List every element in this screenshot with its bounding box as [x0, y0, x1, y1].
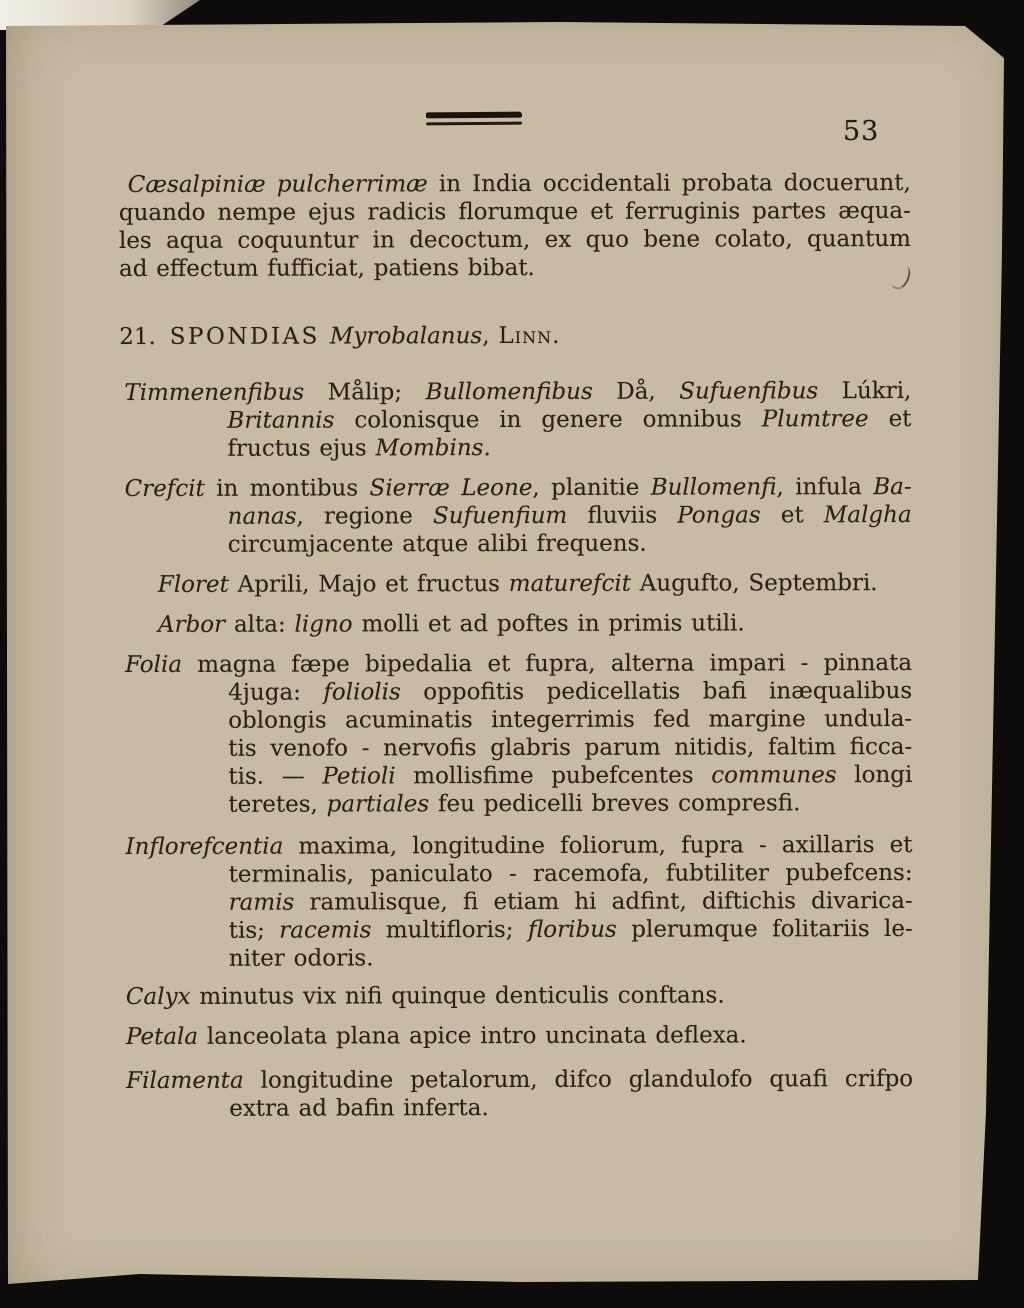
- text-segment: , regione: [296, 503, 433, 529]
- text-segment: oppofitis pedicellatis bafi inæqualibus: [401, 678, 912, 705]
- paragraph-crescit: Crefcit in montibus Sierræ Leone, planit…: [120, 473, 912, 559]
- italic-text-segment: racemis: [279, 917, 371, 943]
- italic-text-segment: ligno: [294, 611, 352, 637]
- text-segment: in India occidentali probata docuerunt,: [428, 170, 911, 197]
- italic-text-segment: Calyx: [126, 984, 191, 1010]
- text-line: les aqua coquuntur in decoctum, ex quo b…: [119, 225, 911, 255]
- text-line: Filamenta longitudine petalorum, difco g…: [121, 1065, 913, 1095]
- text-line: Crefcit in montibus Sierræ Leone, planit…: [120, 473, 912, 503]
- text-segment: fructus ejus: [227, 435, 375, 461]
- text-segment: Målip;: [304, 379, 425, 405]
- text-line: Floret Aprili, Majo et fructus maturefci…: [120, 569, 912, 599]
- text-segment: longitudine petalorum, difco glandulofo …: [244, 1066, 913, 1094]
- text-line: nanas, regione Sufuenfium fluviis Pongas…: [228, 501, 912, 531]
- text-segment: teretes,: [228, 791, 326, 817]
- page-number: 53: [843, 116, 879, 147]
- italic-text-segment: Petala: [126, 1024, 198, 1050]
- text-line: Petala lanceolata plana apice intro unci…: [121, 1021, 913, 1051]
- section-divider-rule: [426, 112, 522, 126]
- text-line: tis; racemis multifloris; floribus pleru…: [229, 915, 913, 945]
- paragraph-calyx: Calyx minutus vix nifi quinque denticuli…: [121, 981, 913, 1011]
- divider-bar-thick: [426, 112, 522, 119]
- text-segment: maxima, longitudine foliorum, fupra - ax…: [283, 832, 912, 860]
- italic-text-segment: floribus: [528, 917, 617, 943]
- italic-text-segment: Bullomenfibus: [426, 379, 593, 405]
- text-line: Britannis colonisque in genere omnibus P…: [227, 405, 911, 435]
- text-segment: tis;: [229, 918, 280, 944]
- scan-background: 53 Cæsalpiniæ pulcherrimæ in India occid…: [0, 0, 1024, 1308]
- text-segment: minutus vix nifi quinque denticulis conf…: [191, 982, 725, 1009]
- text-segment: niter odoris.: [229, 945, 374, 971]
- italic-text-segment: communes: [711, 762, 836, 788]
- text-segment: molli et ad poftes in primis utili.: [353, 610, 745, 637]
- text-segment: , planitie: [532, 475, 650, 501]
- authority-name: Linn.: [498, 323, 560, 349]
- text-segment: feu pedicelli breves compresfi.: [429, 790, 800, 817]
- text-segment: ad effectum fufficiat, patiens bibat.: [119, 255, 535, 282]
- text-segment: quando nempe ejus radicis florumque et f…: [119, 198, 911, 226]
- text-segment: lanceolata plana apice intro uncinata de…: [198, 1022, 747, 1049]
- paragraph-petala: Petala lanceolata plana apice intro unci…: [121, 1021, 913, 1051]
- text-segment: mollisfime pubefcentes: [396, 762, 712, 789]
- species-epithet: Myrobalanus: [330, 323, 482, 349]
- text-line: terminalis, paniculato - racemofa, fubti…: [229, 859, 913, 889]
- italic-text-segment: nanas: [228, 504, 297, 530]
- text-line: tis venofo - nervofis glabris parum niti…: [228, 733, 912, 763]
- italic-text-segment: Arbor: [158, 612, 225, 638]
- italic-text-segment: Bullomenfi: [651, 474, 777, 500]
- text-segment: plerumque folitariis le-: [617, 916, 913, 943]
- italic-text-segment: Filamenta: [126, 1068, 244, 1094]
- text-line: oblongis acuminatis integerrimis fed mar…: [228, 705, 912, 735]
- text-line: Timmenenfibus Målip; Bullomenfibus Då, S…: [119, 377, 911, 407]
- italic-text-segment: Floret: [158, 572, 229, 598]
- text-segment: tis. —: [228, 764, 322, 790]
- italic-text-segment: Pongas: [677, 502, 761, 528]
- heading-comma: ,: [482, 323, 489, 349]
- italic-text-segment: Timmenenfibus: [124, 380, 304, 406]
- italic-text-segment: Petioli: [322, 763, 395, 789]
- text-segment: et: [761, 502, 824, 528]
- text-segment: , infula: [777, 474, 874, 500]
- italic-text-segment: Plumtree: [762, 406, 869, 432]
- text-segment: circumjacente atque alibi frequens.: [228, 531, 647, 558]
- page-text: Cæsalpiniæ pulcherrimæ in India occident…: [119, 169, 913, 1123]
- text-segment: Aprili, Majo et fructus: [229, 571, 509, 598]
- text-segment: colonisque in genere omnibus: [334, 406, 761, 433]
- text-segment: Augufto, Septembri.: [631, 570, 878, 597]
- text-line: ad effectum fufficiat, patiens bibat.: [119, 253, 911, 283]
- text-segment: extra ad bafin inferta.: [229, 1095, 489, 1122]
- text-line: Inflorefcentia maxima, longitudine folio…: [120, 831, 912, 861]
- genus-name: SPONDIAS: [170, 324, 320, 350]
- text-segment: les aqua coquuntur in decoctum, ex quo b…: [119, 226, 911, 254]
- text-segment: alta:: [225, 612, 294, 638]
- italic-text-segment: Inflorefcentia: [125, 834, 283, 860]
- paragraph-vernacular-names: Timmenenfibus Målip; Bullomenfibus Då, S…: [119, 377, 911, 463]
- text-line: quando nempe ejus radicis florumque et f…: [119, 197, 911, 227]
- text-segment: in montibus: [205, 475, 370, 501]
- italic-text-segment: Britannis: [227, 407, 334, 433]
- paragraph-arbor: Arbor alta: ligno molli et ad poftes in …: [120, 609, 912, 639]
- text-segment: multifloris;: [371, 917, 528, 943]
- text-line: tis. — Petioli mollisfime pubefcentes co…: [228, 761, 912, 791]
- text-line: Cæsalpiniæ pulcherrimæ in India occident…: [119, 169, 911, 199]
- italic-text-segment: Ba-: [873, 474, 911, 500]
- text-segment: Då,: [593, 379, 679, 405]
- text-segment: terminalis, paniculato - racemofa, fubti…: [229, 860, 913, 888]
- text-segment: et: [869, 406, 912, 432]
- italic-text-segment: Mombins.: [375, 435, 490, 461]
- text-line: circumjacente atque alibi frequens.: [228, 529, 912, 559]
- paragraph-floret: Floret Aprili, Majo et fructus maturefci…: [120, 569, 912, 599]
- paragraph-caesalpinia-note: Cæsalpiniæ pulcherrimæ in India occident…: [119, 169, 911, 283]
- italic-text-segment: Folia: [125, 652, 182, 678]
- text-segment: magna fæpe bipedalia et fupra, alterna i…: [182, 650, 912, 678]
- italic-text-segment: Sufuenfibus: [679, 378, 818, 404]
- text-line: niter odoris.: [229, 943, 913, 973]
- italic-text-segment: maturefcit: [509, 571, 631, 597]
- text-line: teretes, partiales feu pedicelli breves …: [228, 789, 912, 819]
- italic-text-segment: ramis: [229, 890, 295, 916]
- species-number: 21.: [119, 324, 156, 350]
- italic-text-segment: Crefcit: [125, 476, 205, 502]
- paragraph-inflorescentia: Inflorefcentia maxima, longitudine folio…: [120, 831, 912, 973]
- book-page: 53 Cæsalpiniæ pulcherrimæ in India occid…: [0, 0, 1024, 1308]
- text-line: Calyx minutus vix nifi quinque denticuli…: [121, 981, 913, 1011]
- italic-text-segment: Sierræ Leone: [370, 475, 533, 501]
- text-segment: Lúkri,: [818, 378, 911, 404]
- text-line: ramis ramulisque, fi etiam hi adfint, di…: [229, 887, 913, 917]
- italic-text-segment: Cæsalpiniæ pulcherrimæ: [128, 171, 428, 198]
- text-segment: 4juga:: [228, 680, 323, 706]
- italic-text-segment: Malgha: [824, 502, 912, 528]
- italic-text-segment: partiales: [327, 791, 430, 817]
- text-segment: oblongis acuminatis integerrimis fed mar…: [228, 706, 912, 734]
- italic-text-segment: foliolis: [323, 679, 401, 705]
- species-heading: 21.SPONDIASMyrobalanus,Linn.: [119, 321, 911, 351]
- text-segment: fluviis: [567, 503, 677, 529]
- text-segment: ramulisque, fi etiam hi adfint, diftichi…: [294, 888, 912, 916]
- text-line: Folia magna fæpe bipedalia et fupra, alt…: [120, 649, 912, 679]
- divider-bar-thin: [426, 122, 522, 126]
- text-line: Arbor alta: ligno molli et ad poftes in …: [120, 609, 912, 639]
- text-segment: tis venofo - nervofis glabris parum niti…: [228, 734, 912, 762]
- paragraph-filamenta: Filamenta longitudine petalorum, difco g…: [121, 1065, 913, 1123]
- text-line: extra ad bafin inferta.: [229, 1093, 913, 1123]
- text-line: 4juga: foliolis oppofitis pedicellatis b…: [228, 677, 912, 707]
- text-line: fructus ejus Mombins.: [227, 433, 911, 463]
- text-segment: longi: [837, 762, 913, 788]
- paragraph-folia: Folia magna fæpe bipedalia et fupra, alt…: [120, 649, 912, 819]
- italic-text-segment: Sufuenfium: [433, 503, 567, 529]
